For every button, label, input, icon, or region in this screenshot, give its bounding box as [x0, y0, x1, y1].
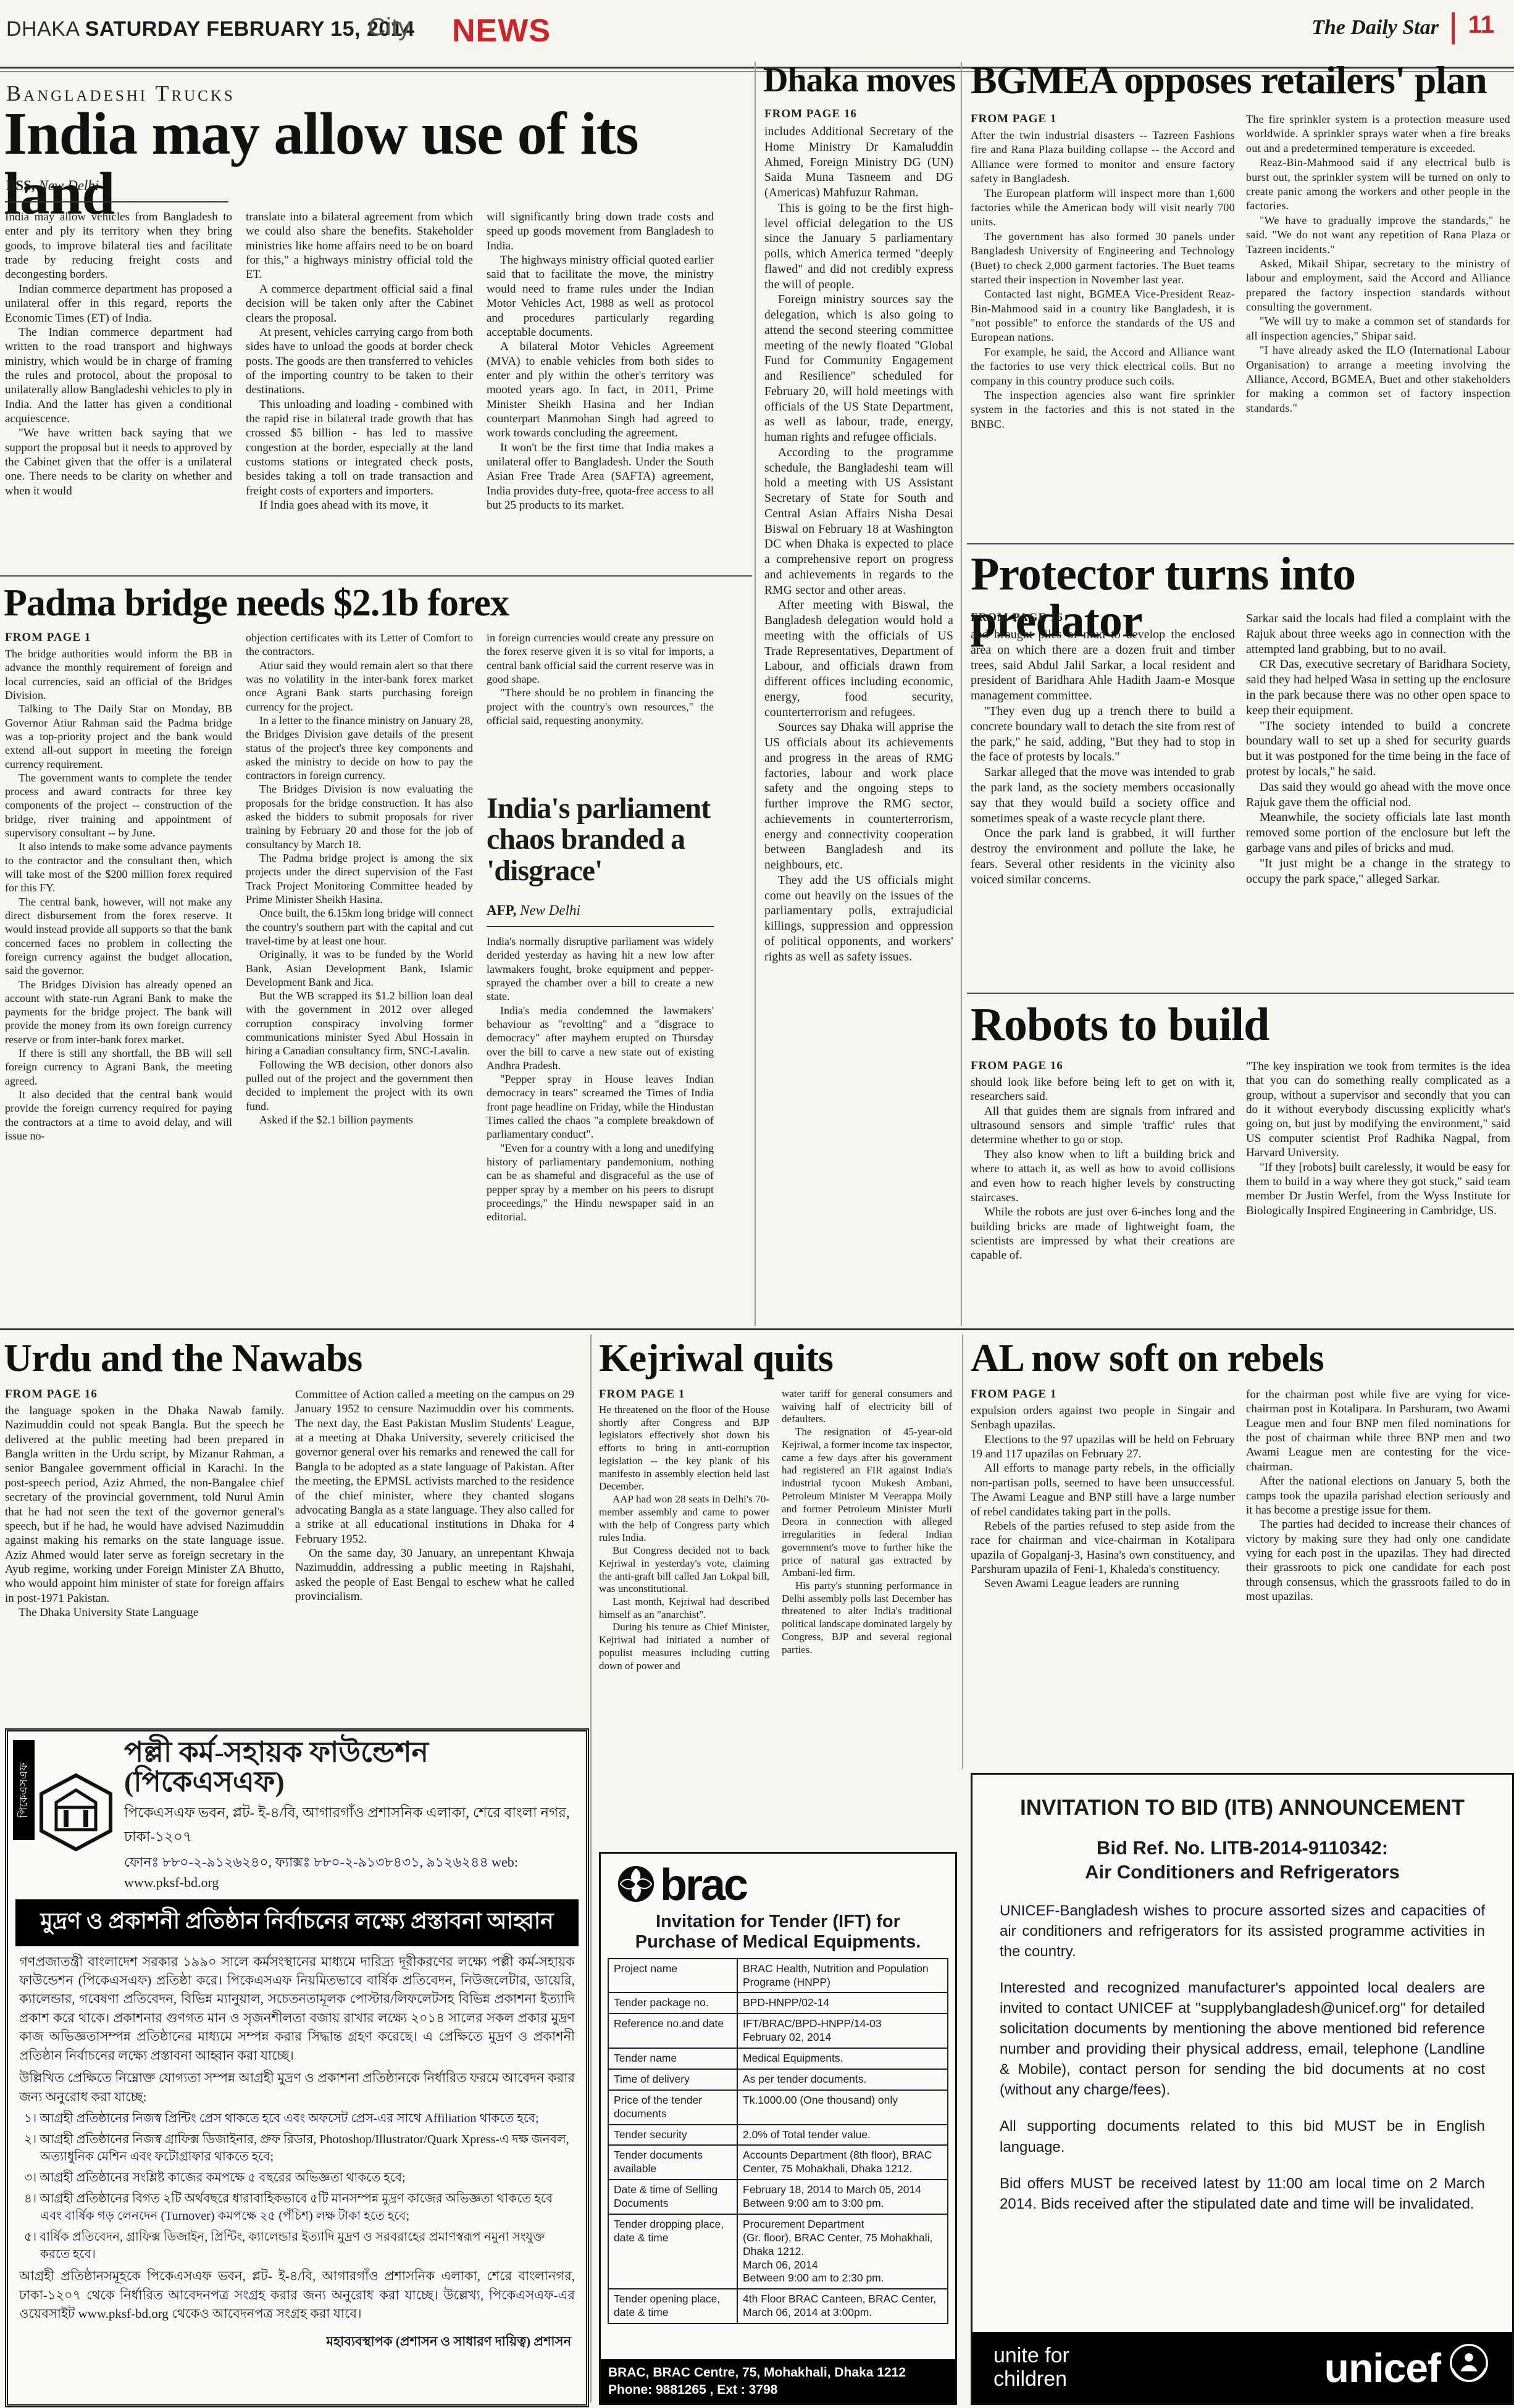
- bgmea-frompage: FROM PAGE 1: [971, 112, 1056, 126]
- row-value: As per tender documents.: [737, 2069, 948, 2090]
- paragraph: "It just might be a change in the strate…: [1246, 856, 1510, 887]
- paragraph: Foreign ministry sources say the delegat…: [764, 293, 953, 446]
- paragraph: Once built, the 6.15km long bridge will …: [246, 906, 473, 948]
- paragraph: CR Das, executive secretary of Baridhara…: [1246, 657, 1510, 718]
- urdu-headline: Urdu and the Nawabs: [4, 1338, 584, 1378]
- brac-footer-phone[interactable]: Phone: 9881265 , Ext : 3798: [608, 2381, 948, 2398]
- row-value: BRAC Health, Nutrition and Population Pr…: [737, 1959, 948, 1993]
- masthead-city-label: DHAKA: [6, 17, 79, 41]
- pksf-vertical-strip: পিকেএসএফ: [13, 1740, 35, 1840]
- paragraph: "Even for a country with a long and uned…: [487, 1141, 714, 1224]
- paragraph: the language spoken in the Dhaka Nawab f…: [5, 1404, 284, 1606]
- dhaka-moves-frompage: FROM PAGE 16: [764, 107, 857, 121]
- row-value: February 18, 2014 to March 05, 2014 Betw…: [737, 2180, 948, 2214]
- unicef-bid-ref-items: Air Conditioners and Refrigerators: [985, 1860, 1500, 1885]
- paragraph: Last month, Kejriwal had described himse…: [599, 1596, 769, 1621]
- al-rebels-frompage: FROM PAGE 1: [971, 1388, 1056, 1401]
- paragraph: "The key inspiration we took from termit…: [1246, 1059, 1510, 1160]
- row-label: Tender opening place, date & time: [608, 2289, 737, 2323]
- paragraph: Talking to The Daily Star on Monday, BB …: [5, 702, 232, 771]
- protector-frompage: FROM PAGE 16: [971, 611, 1063, 625]
- table-row: Tender documents availableAccounts Depar…: [608, 2145, 948, 2180]
- parliament-body: India's normally disruptive parliament w…: [487, 935, 714, 1323]
- paragraph: ২। আগ্রহী প্রতিষ্ঠানের নিজস্ব গ্রাফিক্স …: [24, 2131, 575, 2165]
- brac-ad-footer: BRAC, BRAC Centre, 75, Mohakhali, Dhaka …: [601, 2359, 955, 2403]
- paragraph: "We have to gradually improve the standa…: [1246, 214, 1510, 257]
- paragraph: Sarkar said the locals had filed a compl…: [1246, 611, 1510, 657]
- brac-tender-table: Project nameBRAC Health, Nutrition and P…: [608, 1958, 948, 2324]
- unicef-ad-heading: INVITATION TO BID (ITB) ANNOUNCEMENT: [985, 1796, 1500, 1820]
- paragraph: This unloading and loading - combined wi…: [246, 398, 473, 499]
- section-divider-rule: [0, 1328, 1514, 1330]
- urdu-column-2: Committee of Action called a meeting on …: [295, 1388, 574, 1722]
- paragraph: They also know when to lift a building b…: [971, 1148, 1235, 1205]
- table-row: Tender dropping place, date & timeProcur…: [608, 2214, 948, 2289]
- paragraph: The fire sprinkler system is a protectio…: [1246, 112, 1510, 156]
- paragraph: Sarkar alleged that the move was intende…: [971, 765, 1235, 826]
- paragraph: Reaz-Bin-Mahmood said if any electrical …: [1246, 156, 1510, 214]
- padma-column-2: objection certificates with its Letter o…: [246, 631, 473, 1321]
- paragraph: "We will try to make a common set of sta…: [1246, 314, 1510, 343]
- table-row: Reference no.and dateIFT/BRAC/BPD-HNPP/1…: [608, 2014, 948, 2048]
- unicef-logo-icon: [1447, 2341, 1491, 2394]
- pksf-title: পল্লী কর্ম-সহায়ক ফাউন্ডেশন (পিকেএসএফ): [124, 1738, 579, 1798]
- lead-column-3: will significantly bring down trade cost…: [487, 210, 714, 572]
- padma-column-1: The bridge authorities would inform the …: [5, 647, 232, 1321]
- robots-frompage: FROM PAGE 16: [971, 1059, 1063, 1073]
- paragraph: All efforts to manage party rebels, in t…: [971, 1461, 1235, 1519]
- paragraph: The European platform will inspect more …: [971, 186, 1235, 230]
- kejriwal-headline: Kejriwal quits: [599, 1338, 957, 1378]
- row-label: Tender package no.: [608, 1993, 737, 2014]
- paragraph: According to the programme schedule, the…: [764, 446, 953, 599]
- paragraph: and brought piles of mud to develop the …: [971, 627, 1235, 704]
- paragraph: water tariff for general consumers and w…: [782, 1388, 952, 1426]
- pksf-ad-body: গণপ্রজাতন্ত্রী বাংলাদেশ সরকার ১৯৯০ সালে …: [8, 1952, 586, 2065]
- lead-bottom-rule: [0, 575, 752, 577]
- unicef-ad-footer: unite for children unicef: [972, 2332, 1512, 2403]
- paragraph: The resignation of 45-year-old Kejriwal,…: [782, 1426, 952, 1580]
- newspaper-page: DHAKA SATURDAY FEBRUARY 15, 2014 City NE…: [0, 0, 1514, 2408]
- paragraph: ৫। বার্ষিক প্রতিবেদন, গ্রাফিক্স ডিজাইন, …: [24, 2228, 575, 2263]
- paragraph: The Bridges Division is now evaluating t…: [246, 782, 473, 851]
- brac-logo-icon: [617, 1865, 655, 1906]
- paragraph: "I have already asked the ILO (Internati…: [1246, 343, 1510, 415]
- paragraph: His party's stunning performance in Delh…: [782, 1580, 952, 1656]
- pksf-phone-web[interactable]: ফোনঃ ৮৮০-২-৯১২৬২৪০, ফ্যাক্সঃ ৮৮০-২-৯১৩৮৪…: [124, 1852, 579, 1891]
- row-value: Accounts Department (8th floor), BRAC Ce…: [737, 2145, 948, 2180]
- paragraph: Committee of Action called a meeting on …: [295, 1388, 574, 1546]
- brac-logo-word: brac: [660, 1860, 747, 1910]
- row-label: Tender documents available: [608, 2145, 737, 2180]
- robots-headline: Robots to build: [971, 1001, 1514, 1048]
- paragraph: India may allow vehicles from Bangladesh…: [5, 210, 232, 282]
- paragraph: For example, he said, the Accord and All…: [971, 345, 1235, 388]
- paragraph: But the WB scrapped its $1.2 billion loa…: [246, 989, 473, 1058]
- paragraph: The inspection agencies also want fire s…: [971, 388, 1235, 431]
- paragraph: Seven Awami League leaders are running: [971, 1577, 1235, 1591]
- lead-headline: India may allow use of its land: [4, 104, 754, 223]
- pksf-condition-list: ১। আগ্রহী প্রতিষ্ঠানের নিজস্ব প্রিন্টিং …: [8, 2110, 586, 2263]
- table-row: Date & time of Selling DocumentsFebruary…: [608, 2180, 948, 2214]
- pksf-logo-icon: [36, 1773, 115, 1855]
- unicef-paragraph-1: UNICEF-Bangladesh wishes to procure asso…: [1000, 1901, 1485, 1962]
- unicef-ad[interactable]: INVITATION TO BID (ITB) ANNOUNCEMENT Bid…: [971, 1773, 1514, 2405]
- paragraph: Elections to the 97 upazilas will be hel…: [971, 1433, 1235, 1462]
- paragraph: "We have written back saying that we sup…: [5, 426, 232, 498]
- kejriwal-column-2: water tariff for general consumers and w…: [782, 1388, 952, 1846]
- padma-headline: Padma bridge needs $2.1b forex: [4, 584, 621, 622]
- brac-ad-title-line2: Purchase of Medical Equipments.: [606, 1932, 950, 1952]
- al-rebels-column-2: for the chairman post while five are vyi…: [1246, 1388, 1510, 1762]
- paragraph: If India goes ahead with its move, it: [246, 498, 473, 512]
- parliament-byline-place: New Delhi: [520, 902, 580, 918]
- paragraph: All that guides them are signals from in…: [971, 1104, 1235, 1148]
- parliament-byline-agency: AFP,: [487, 902, 516, 918]
- bgmea-column-2: The fire sprinkler system is a protectio…: [1246, 112, 1510, 536]
- row-label: Date & time of Selling Documents: [608, 2180, 737, 2214]
- padma-column-3: in foreign currencies would create any p…: [487, 631, 714, 774]
- paragraph: Originally, it was to be funded by the W…: [246, 948, 473, 989]
- parliament-headline: India's parliament chaos branded a 'disg…: [487, 793, 714, 886]
- lead-byline-place: New Delhi: [38, 178, 99, 193]
- lead-byline-agency: BSS,: [6, 178, 35, 193]
- paragraph: should look like before being left to ge…: [971, 1075, 1235, 1104]
- paragraph: The government wants to complete the ten…: [5, 771, 232, 840]
- unicef-tagline: unite for children: [993, 2344, 1069, 2391]
- table-row: Price of the tender documentsTk.1000.00 …: [608, 2090, 948, 2125]
- paragraph: The Indian commerce department had writt…: [5, 325, 232, 427]
- paragraph: Atiur said they would remain alert so th…: [246, 659, 473, 714]
- unicef-paragraph-4: Bid offers MUST be received latest by 11…: [1000, 2173, 1485, 2214]
- paragraph: Following the WB decision, other donors …: [246, 1058, 473, 1113]
- paragraph: The Bridges Division has already opened …: [5, 978, 232, 1047]
- paragraph: AAP had won 28 seats in Delhi's 70-membe…: [599, 1493, 769, 1544]
- pksf-closing: আগ্রহী প্রতিষ্ঠানসমূহকে পিকেএসএফ ভবন, প্…: [8, 2267, 586, 2323]
- table-row: Tender opening place, date & time4th Flo…: [608, 2289, 948, 2323]
- paragraph: Sources say Dhaka will apprise the US of…: [764, 720, 953, 873]
- divider-left-of-kejriwal: [590, 1335, 592, 2402]
- paragraph: The bridge authorities would inform the …: [5, 647, 232, 702]
- paragraph: Asked, Mikail Shipar, secretary to the m…: [1246, 257, 1510, 315]
- padma-frompage: FROM PAGE 1: [5, 631, 91, 644]
- table-row: Time of deliveryAs per tender documents.: [608, 2069, 948, 2090]
- paragraph: Meanwhile, the society officials late la…: [1246, 810, 1510, 856]
- paragraph: The central bank, however, will not make…: [5, 895, 232, 978]
- brac-ad[interactable]: brac Invitation for Tender (IFT) for Pur…: [599, 1852, 957, 2405]
- paragraph: India's media condemned the lawmakers' b…: [487, 1004, 714, 1073]
- row-label: Tender security: [608, 2125, 737, 2146]
- paragraph: The parties had decided to increase thei…: [1246, 1517, 1510, 1604]
- paragraph: Indian commerce department has proposed …: [5, 282, 232, 325]
- row-value: BPD-HNPP/02-14: [737, 1993, 948, 2014]
- paragraph: includes Additional Secretary of the Hom…: [764, 125, 953, 201]
- pksf-ad-bar-title: মুদ্রণ ও প্রকাশনী প্রতিষ্ঠান নির্বাচনের …: [15, 1899, 579, 1946]
- parliament-byline: AFP, New Delhi: [487, 902, 580, 919]
- paragraph: translate into a bilateral agreement fro…: [246, 210, 473, 282]
- paragraph: "The society intended to build a concret…: [1246, 719, 1510, 780]
- paragraph: will significantly bring down trade cost…: [487, 210, 714, 253]
- masthead-page-number: 11: [1468, 11, 1494, 39]
- paragraph: It won't be the first time that India ma…: [487, 441, 714, 513]
- paragraph: expulsion orders against two people in S…: [971, 1404, 1235, 1433]
- paragraph: India's normally disruptive parliament w…: [487, 935, 714, 1004]
- row-label: Reference no.and date: [608, 2014, 737, 2048]
- paragraph: After the twin industrial disasters -- T…: [971, 128, 1235, 186]
- urdu-frompage: FROM PAGE 16: [5, 1388, 98, 1401]
- divider-right-of-dhaka-moves: [961, 62, 962, 1326]
- divider-right-of-kejriwal: [962, 1335, 963, 1769]
- paragraph: After meeting with Biswal, the Banglades…: [764, 598, 953, 720]
- masthead-section-city: City: [368, 14, 411, 41]
- paragraph: "Pepper spray in House leaves Indian dem…: [487, 1072, 714, 1141]
- paragraph: "There should be no problem in financing…: [487, 686, 714, 727]
- paragraph: ৩। আগ্রহী প্রতিষ্ঠানের সংশ্লিষ্ট কাজের ক…: [24, 2169, 575, 2186]
- masthead-section-news: NEWS: [452, 12, 551, 49]
- pksf-list-intro: উল্লিখিত প্রেক্ষিতে নিম্নোক্ত যোগ্যতা সম…: [8, 2068, 586, 2106]
- kejriwal-frompage: FROM PAGE 1: [599, 1388, 685, 1401]
- paragraph: objection certificates with its Letter o…: [246, 631, 473, 659]
- paragraph: He threatened on the floor of the House …: [599, 1404, 769, 1493]
- paragraph: in foreign currencies would create any p…: [487, 631, 714, 686]
- paragraph: ৪। আগ্রহী প্রতিষ্ঠানের বিগত ২টি অর্থবছরে…: [24, 2190, 575, 2225]
- paragraph: During his tenure as Chief Minister, Kej…: [599, 1621, 769, 1672]
- pksf-address: পিকেএসএফ ভবন, প্লট- ই-৪/বি, আগারগাঁও প্র…: [124, 1801, 579, 1849]
- table-row: Tender package no.BPD-HNPP/02-14: [608, 1993, 948, 2014]
- table-row: Tender nameMedical Equipments.: [608, 2048, 948, 2069]
- unicef-logo-word: unicef: [1324, 2341, 1491, 2394]
- row-value: Tk.1000.00 (One thousand) only: [737, 2090, 948, 2125]
- row-value: Procurement Department (Gr. floor), BRAC…: [737, 2214, 948, 2289]
- paragraph: ১। আগ্রহী প্রতিষ্ঠানের নিজস্ব প্রিন্টিং …: [24, 2110, 575, 2127]
- brac-ad-title: Invitation for Tender (IFT) for Purchase…: [606, 1912, 950, 1953]
- al-rebels-headline: AL now soft on rebels: [971, 1338, 1514, 1378]
- paragraph: But Congress decided not to back Kejriwa…: [599, 1544, 769, 1596]
- parliament-byline-rule: [487, 926, 714, 927]
- paragraph: Once the park land is grabbed, it will f…: [971, 826, 1235, 887]
- brac-footer-address: BRAC, BRAC Centre, 75, Mohakhali, Dhaka …: [608, 2364, 948, 2381]
- pksf-signature: মহাব্যবস্থাপক (প্রশাসন ও সাধারণ দায়িত্ব…: [8, 2327, 586, 2353]
- unicef-wordmark: unicef: [1324, 2344, 1441, 2391]
- protector-column-2: Sarkar said the locals had filed a compl…: [1246, 611, 1510, 988]
- table-row: Project nameBRAC Health, Nutrition and P…: [608, 1959, 948, 1993]
- paragraph: "If they [robots] built carelessly, it w…: [1246, 1160, 1510, 1218]
- paragraph: The Dhaka University State Language: [5, 1606, 284, 1620]
- masthead-date-text: SATURDAY FEBRUARY 15, 2014: [85, 17, 415, 41]
- paragraph: This is going to be the first high-level…: [764, 201, 953, 293]
- row-label: Time of delivery: [608, 2069, 737, 2090]
- unicef-paragraph-3: All supporting documents related to this…: [1000, 2116, 1485, 2157]
- lead-column-2: translate into a bilateral agreement fro…: [246, 210, 473, 572]
- paragraph: The Padma bridge project is among the si…: [246, 851, 473, 906]
- paragraph: Rebels of the parties refused to step as…: [971, 1519, 1235, 1577]
- bgmea-bottom-rule: [967, 543, 1514, 544]
- paragraph: The highways ministry official quoted ea…: [487, 253, 714, 340]
- paragraph: Asked if the $2.1 billion payments: [246, 1113, 473, 1127]
- row-value: 2.0% of Total tender value.: [737, 2125, 948, 2146]
- paragraph: At present, vehicles carrying cargo from…: [246, 325, 473, 398]
- paragraph: While the robots are just over 6-inches …: [971, 1205, 1235, 1262]
- paragraph: After the national elections on January …: [1246, 1474, 1510, 1517]
- unicef-bid-ref-number: Bid Ref. No. LITB-2014-9110342:: [985, 1836, 1500, 1860]
- robots-column-2: "The key inspiration we took from termit…: [1246, 1059, 1510, 1322]
- row-label: Project name: [608, 1959, 737, 1993]
- urdu-column-1: the language spoken in the Dhaka Nawab f…: [5, 1404, 284, 1722]
- bgmea-column-1: After the twin industrial disasters -- T…: [971, 128, 1235, 536]
- paragraph: A commerce department official said a fi…: [246, 282, 473, 325]
- unicef-paragraph-2: Interested and recognized manufacturer's…: [1000, 1978, 1485, 2101]
- lead-byline-rule: [5, 201, 228, 202]
- paragraph: Das said they would go ahead with the mo…: [1246, 780, 1510, 810]
- brac-ad-title-line1: Invitation for Tender (IFT) for: [606, 1912, 950, 1932]
- row-label: Price of the tender documents: [608, 2090, 737, 2125]
- row-value: IFT/BRAC/BPD-HNPP/14-03 February 02, 201…: [737, 2014, 948, 2048]
- paragraph: In a letter to the finance ministry on J…: [246, 714, 473, 783]
- robots-column-1: should look like before being left to ge…: [971, 1075, 1235, 1322]
- protector-bottom-rule: [967, 993, 1514, 994]
- paragraph: They add the US officials might come out…: [764, 873, 953, 965]
- masthead-paper-name: The Daily Star: [1311, 16, 1439, 40]
- row-value: 4th Floor BRAC Canteen, BRAC Center, Mar…: [737, 2289, 948, 2323]
- bgmea-headline: BGMEA opposes retailers' plan: [971, 60, 1514, 100]
- paragraph: It also intends to make some advance pay…: [5, 839, 232, 894]
- paragraph: "They even dug up a trench there to buil…: [971, 704, 1235, 765]
- paragraph: On the same day, 30 January, an unrepent…: [295, 1546, 574, 1604]
- kejriwal-column-1: He threatened on the floor of the House …: [599, 1404, 769, 1846]
- protector-column-1: and brought piles of mud to develop the …: [971, 627, 1235, 988]
- lead-column-1: India may allow vehicles from Bangladesh…: [5, 210, 232, 572]
- table-row: Tender security2.0% of Total tender valu…: [608, 2125, 948, 2146]
- masthead-date: DHAKA SATURDAY FEBRUARY 15, 2014: [6, 17, 415, 41]
- paragraph: It also decided that the central bank wo…: [5, 1088, 232, 1143]
- pksf-ad[interactable]: পিকেএসএফ পল্লী কর্ম-সহায়ক ফাউন্ডেশন (পি…: [5, 1728, 589, 2407]
- al-rebels-column-1: expulsion orders against two people in S…: [971, 1404, 1235, 1762]
- dhaka-moves-headline: Dhaka moves: [763, 63, 958, 98]
- row-label: Tender dropping place, date & time: [608, 2214, 737, 2289]
- paragraph: If there is still any shortfall, the BB …: [5, 1046, 232, 1088]
- paragraph: The government has also formed 30 panels…: [971, 230, 1235, 288]
- dhaka-moves-body: includes Additional Secretary of the Hom…: [764, 125, 953, 1322]
- divider-left-of-dhaka-moves: [755, 62, 756, 1326]
- paragraph: for the chairman post while five are vyi…: [1246, 1388, 1510, 1474]
- unicef-bid-ref: Bid Ref. No. LITB-2014-9110342: Air Cond…: [985, 1836, 1500, 1885]
- paragraph: Contacted last night, BGMEA Vice-Preside…: [971, 287, 1235, 345]
- masthead-divider: [1452, 12, 1455, 44]
- row-label: Tender name: [608, 2048, 737, 2069]
- row-value: Medical Equipments.: [737, 2048, 948, 2069]
- paragraph: A bilateral Motor Vehicles Agreement (MV…: [487, 340, 714, 441]
- lead-byline: BSS, New Delhi: [6, 178, 99, 194]
